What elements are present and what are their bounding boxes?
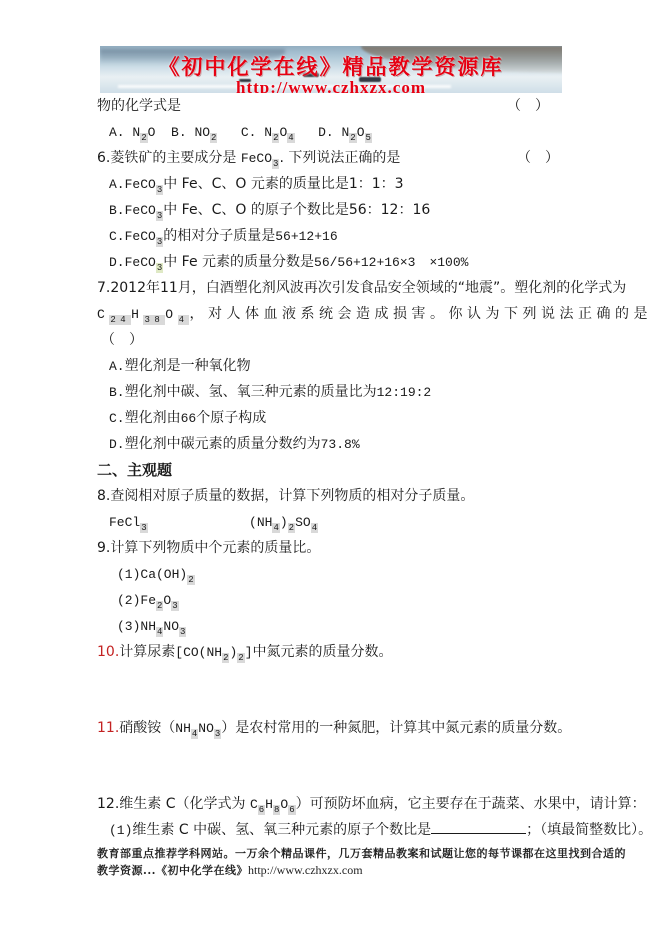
answer-bracket: （ ） (517, 145, 559, 171)
text-segment: O (357, 125, 365, 140)
text-segment: ，对人体血液系统会造成损害。你认为下列说法正确的是 (189, 306, 652, 322)
text-segment: 二、主观题 (97, 461, 172, 479)
text-segment: (2) (117, 593, 140, 608)
text-segment: 硝酸铵（ (119, 720, 175, 736)
text-segment: A. N (109, 125, 140, 140)
text-segment: 38 (143, 315, 165, 325)
text-segment: NO (163, 619, 179, 634)
answer-bracket: （ ） (507, 93, 549, 119)
text-segment: 的相对分子质量是 (163, 228, 275, 244)
answer-blank-line (431, 818, 526, 834)
document-body: 物的化学式是（ ）A. N2O B. NO2 C. N2O4 D. N2O56.… (97, 93, 563, 843)
q5-continuation: 物的化学式是（ ） (97, 93, 563, 119)
text-segment: 2 (349, 133, 356, 143)
text-segment: 3 (171, 601, 178, 611)
text-segment: ] (245, 645, 253, 660)
text-segment: 2 (140, 133, 147, 143)
site-banner-image: 《初中化学在线》精品教学资源库 http://www.czhxzx.com (100, 46, 562, 93)
text-segment: 维生素 C 中碳、氢、氧三种元素的原子个数比是 (132, 822, 431, 838)
text-segment: 73.8% (321, 437, 360, 452)
q8-formulas: FeCl3 (NH4)2SO4 (97, 509, 563, 535)
text-segment: 中氮元素的质量分数。 (253, 644, 393, 660)
q6-option-d: D.FeCO3中 Fe 元素的质量分数是56/56+12+16×3 ×100% (97, 249, 563, 275)
text-segment: 56：12：16 (349, 202, 430, 218)
q9-item-1: (1)Ca(OH)2 (97, 561, 563, 587)
q6-option-c: C.FeCO3的相对分子质量是56+12+16 (97, 223, 563, 249)
q8-stem: 8.查阅相对原子质量的数据，计算下列物质的相对分子质量。 (97, 483, 563, 509)
text-segment: NO (198, 721, 214, 736)
text-segment: C. (109, 411, 125, 426)
q9-item-3: (3)NH4NO3 (97, 613, 563, 639)
q7-option-c: C.塑化剂由66个原子构成 (97, 405, 563, 431)
text-segment: D. N (295, 125, 350, 140)
worksheet-page: 《初中化学在线》精品教学资源库 http://www.czhxzx.com 物的… (0, 0, 661, 935)
text-segment: 24 (109, 315, 131, 325)
text-segment: [CO(NH (175, 645, 222, 660)
text-segment: Fe (140, 593, 156, 608)
text-segment: 56+12+16 (275, 229, 337, 244)
text-segment: 塑化剂是一种氧化物 (125, 358, 251, 374)
text-segment: B. NO (155, 125, 210, 140)
text-segment: 4 (311, 523, 318, 533)
text-segment: C (97, 307, 109, 322)
text-segment (415, 254, 429, 270)
q10-stem: 10.计算尿素[CO(NH2)2]中氮元素的质量分数。 (97, 639, 563, 665)
text-segment: ×100% (429, 255, 468, 270)
text-segment: 8.查阅相对原子质量的数据，计算下列物质的相对分子质量。 (97, 488, 474, 504)
text-segment: 中 Fe、C、O 的原子个数比是 (163, 202, 349, 218)
text-segment: 11. (97, 720, 119, 736)
text-segment: (NH (249, 515, 272, 530)
text-segment: 2 (288, 523, 295, 533)
text-segment: 9.计算下列物质中个元素的质量比。 (97, 540, 320, 556)
q7-answer-bracket: （ ） (97, 327, 563, 353)
page-footer: 教育部重点推荐学科网站。一万余个精品课件，几万套精品教案和试题让您的每节课都在这… (97, 845, 567, 879)
text-segment: 3 (179, 627, 186, 637)
text-segment: 2 (187, 575, 194, 585)
text-segment: 中 Fe 元素的质量分数是 (163, 254, 314, 270)
text-segment: 66 (181, 411, 197, 426)
q7-option-b: B.塑化剂中碳、氢、氧三种元素的质量比为12:19:2 (97, 379, 563, 405)
text-segment: FeCO (241, 151, 272, 166)
text-segment: A. (109, 359, 125, 374)
text-segment: ) (280, 515, 288, 530)
text-segment: B. (109, 385, 125, 400)
text-segment: NH (175, 721, 191, 736)
q6-stem: 6.菱铁矿的主要成分是 FeCO3. 下列说法正确的是（ ） (97, 145, 563, 171)
text-segment: 12.维生素 C（化学式为 (97, 796, 250, 812)
text-segment: FeCl (109, 515, 140, 530)
text-segment: 6 (288, 805, 295, 815)
text-segment: 56/56+12+16×3 (314, 255, 415, 270)
text-segment: 4 (272, 523, 279, 533)
text-segment: 10. (97, 644, 119, 660)
footer-site-url: http://www.czhxzx.com (248, 863, 363, 877)
text-segment: （ ） (101, 332, 143, 348)
text-segment: D. (109, 437, 125, 452)
footer-promo-text: 教育部重点推荐学科网站。一万余个精品课件，几万套精品教案和试题让您的每节课都在这… (97, 845, 567, 862)
q12-item-1: (1)维生素 C 中碳、氢、氧三种元素的原子个数比是；（填最简整数比）。 (97, 817, 563, 843)
q7-stem-line2: C24H38O4，对人体血液系统会造成损害。你认为下列说法正确的是 (97, 301, 563, 327)
text-segment: 塑化剂中碳元素的质量分数约为 (125, 436, 321, 452)
text-segment: 计算尿素 (119, 644, 175, 660)
q11-stem: 11.硝酸铵（NH4NO3）是农村常用的一种氮肥，计算其中氮元素的质量分数。 (97, 715, 563, 741)
text-segment: A.FeCO (109, 177, 156, 192)
text-segment: D.FeCO (109, 255, 156, 270)
text-segment: 5 (365, 133, 372, 143)
text-segment: 2 (237, 653, 244, 663)
text-segment: B.FeCO (109, 203, 156, 218)
banner-site-title: 《初中化学在线》精品教学资源库 (100, 51, 562, 81)
text-segment: ）可预防坏血病，它主要存在于蔬菜、水果中，请计算： (296, 796, 646, 812)
footer-site-name: 教学资源...《初中化学在线》 (97, 864, 248, 877)
text-segment: Ca(OH) (140, 567, 187, 582)
text-segment: ；（填最简整数比）。 (526, 822, 652, 838)
text-segment: C (250, 797, 258, 812)
text-segment: . 下列说法正确的是 (279, 150, 400, 166)
text-segment: 12:19:2 (377, 385, 432, 400)
text-segment: C. N (217, 125, 272, 140)
text-segment: C.FeCO (109, 229, 156, 244)
text-segment: H (265, 797, 273, 812)
q5-options: A. N2O B. NO2 C. N2O4 D. N2O5 (97, 119, 563, 145)
text-segment: ）是农村常用的一种氮肥，计算其中氮元素的质量分数。 (221, 720, 571, 736)
section-2-heading: 二、主观题 (97, 457, 563, 483)
text-segment: 4 (287, 133, 294, 143)
text-segment: 4 (178, 315, 190, 325)
q9-item-2: (2)Fe2O3 (97, 587, 563, 613)
q12-stem: 12.维生素 C（化学式为 C6H8O6）可预防坏血病，它主要存在于蔬菜、水果中… (97, 791, 563, 817)
text-segment: 塑化剂由 (125, 410, 181, 426)
text-segment: 1：1：3 (349, 176, 404, 192)
text-segment: H (131, 307, 143, 322)
text-segment: 物的化学式是 (97, 98, 181, 114)
text-segment (148, 515, 249, 530)
text-segment: 中 Fe、C、O 元素的质量比是 (163, 176, 349, 192)
q9-stem: 9.计算下列物质中个元素的质量比。 (97, 535, 563, 561)
text-segment: 塑化剂中碳、氢、氧三种元素的质量比为 (125, 384, 377, 400)
text-segment: 3 (140, 523, 147, 533)
q6-option-a: A.FeCO3中 Fe、C、O 元素的质量比是1：1：3 (97, 171, 563, 197)
banner-site-url: http://www.czhxzx.com (100, 78, 562, 93)
text-segment: (1) (117, 567, 140, 582)
text-segment: NH (140, 619, 156, 634)
q6-option-b: B.FeCO3中 Fe、C、O 的原子个数比是56：12：16 (97, 197, 563, 223)
q7-option-a: A.塑化剂是一种氧化物 (97, 353, 563, 379)
text-segment: O (165, 307, 177, 322)
text-segment: (1) (109, 823, 132, 838)
text-segment: SO (295, 515, 311, 530)
text-segment: 6.菱铁矿的主要成分是 (97, 150, 241, 166)
text-segment: 7.2012年11月，白酒塑化剂风波再次引发食品安全领域的“地震”。塑化剂的化学… (97, 280, 626, 296)
footer-site-line: 教学资源...《初中化学在线》http://www.czhxzx.com (97, 862, 567, 879)
text-segment: 个原子构成 (196, 410, 266, 426)
text-segment: (3) (117, 619, 140, 634)
q7-stem-line1: 7.2012年11月，白酒塑化剂风波再次引发食品安全领域的“地震”。塑化剂的化学… (97, 275, 563, 301)
q7-option-d: D.塑化剂中碳元素的质量分数约为73.8% (97, 431, 563, 457)
